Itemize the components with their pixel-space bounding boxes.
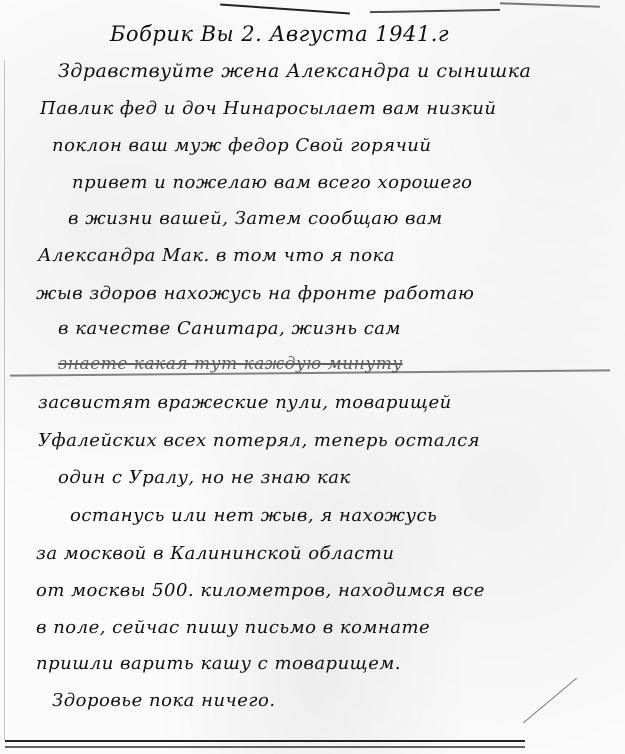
letter-line: привет и пожелаю вам всего хорошего	[72, 172, 472, 193]
letter-line: жыв здоров нахожусь на фронте работаю	[36, 283, 474, 304]
letter-line: пришли варить кашу с товарищем.	[36, 653, 401, 674]
letter-line: засвистят вражеские пули, товарищей	[38, 392, 452, 413]
letter-line: Здравствуйте жена Александра и сынишка	[58, 60, 531, 82]
letter-line: в жизни вашей, Затем сообщаю вам	[68, 208, 443, 229]
letter-line: один с Уралу, но не знаю как	[58, 467, 351, 488]
letter-line: в качестве Санитара, жизнь сам	[58, 318, 401, 339]
letter-line: за москвой в Калининской области	[36, 543, 394, 564]
paper-edge	[4, 60, 5, 740]
letter-line: Павлик фед и доч Нинаросылает вам низкий	[40, 98, 496, 119]
folded-corner	[523, 678, 577, 724]
struck-through-line: знаете какая тут каждую минуту	[58, 354, 403, 374]
torn-edge	[220, 3, 350, 14]
letter-line: останусь или нет жыв, я нахожусь	[70, 505, 437, 526]
letter-line: Уфалейских всех потерял, теперь остался	[38, 430, 480, 451]
letter-sheet: Бобрик Вы 2. Августа 1941.г Здравствуйте…	[0, 0, 625, 754]
letter-header-date: Бобрик Вы 2. Августа 1941.г	[110, 22, 449, 46]
letter-line: Александра Мак. в том что я пока	[38, 245, 395, 266]
letter-closing-line: Здоровье пока ничего.	[52, 690, 276, 711]
torn-edge	[500, 2, 600, 7]
torn-edge	[370, 9, 500, 13]
letter-line: от москвы 500. километров, находимся все	[36, 580, 485, 601]
paper-edge	[5, 740, 525, 742]
paper-edge	[5, 746, 525, 748]
letter-line: поклон ваш муж федор Свой горячий	[52, 135, 431, 156]
letter-line: в поле, сейчас пишу письмо в комнате	[36, 617, 430, 638]
